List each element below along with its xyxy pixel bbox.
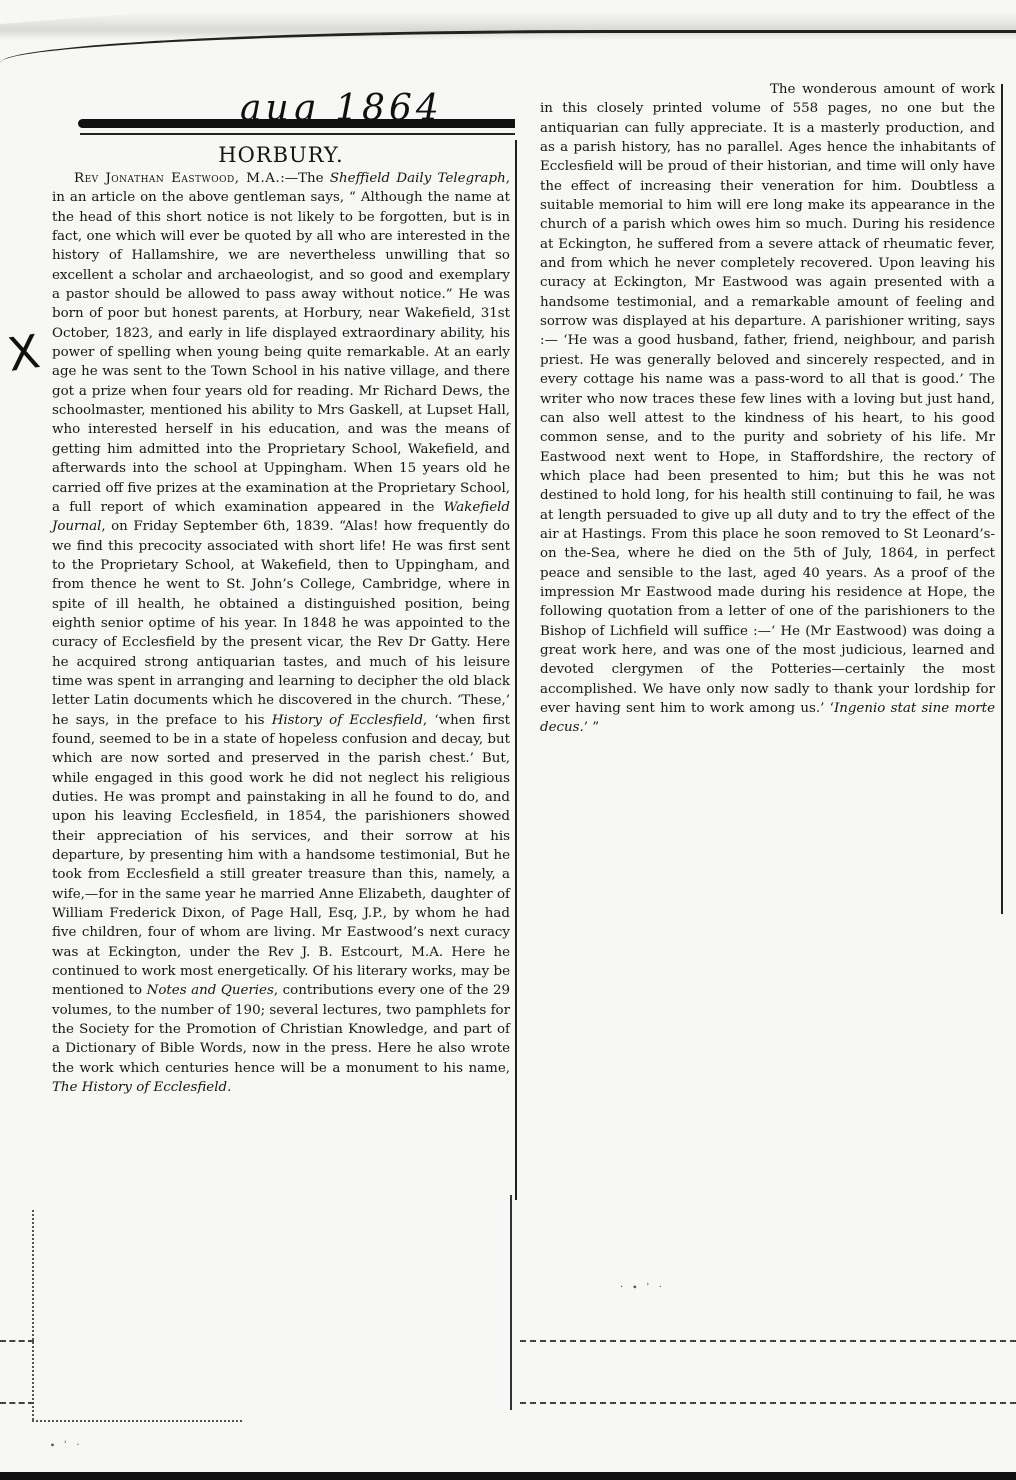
column-divider-left (515, 140, 517, 1200)
cut-line-left-lower (0, 1402, 34, 1404)
article-paragraph: Rev Jonathan Eastwood, M.A.:—The Sheffie… (52, 169, 510, 1098)
article-right-column: The wonderous amount of work in this clo… (540, 80, 995, 738)
cut-line-left-upper (0, 1340, 34, 1342)
cut-line-upper (520, 1340, 1016, 1342)
source-newspaper-title: Sheffield Daily Telegraph (330, 171, 506, 186)
clipping-bracket-bottom (32, 1420, 242, 1424)
header-thick-rule (78, 119, 515, 128)
book-title: History of Ecclesfield (272, 713, 423, 728)
article-paragraph: The wonderous amount of work in this clo… (540, 80, 995, 738)
column-divider-left-lower (510, 1195, 512, 1410)
byline-name: Rev Jonathan Eastwood, M.A. (74, 171, 280, 186)
print-speckle: ∙ ʾ · (50, 1440, 83, 1451)
cut-line-lower (520, 1402, 1016, 1404)
margin-x-mark: X (5, 328, 43, 378)
periodical-title: Notes and Queries (147, 983, 274, 998)
clipping-bracket-vertical (32, 1210, 36, 1420)
article-left-column: HORBURY. Rev Jonathan Eastwood, M.A.:—Th… (52, 143, 510, 1098)
print-speckle: · ∙ ʾ · (620, 1282, 665, 1293)
book-title-final: The History of Ecclesfield (52, 1080, 227, 1095)
article-headline: HORBURY. (52, 143, 510, 167)
header-thin-rule (80, 133, 515, 135)
paper-bottom-edge (0, 1472, 1016, 1480)
column-divider-right (1001, 84, 1003, 914)
